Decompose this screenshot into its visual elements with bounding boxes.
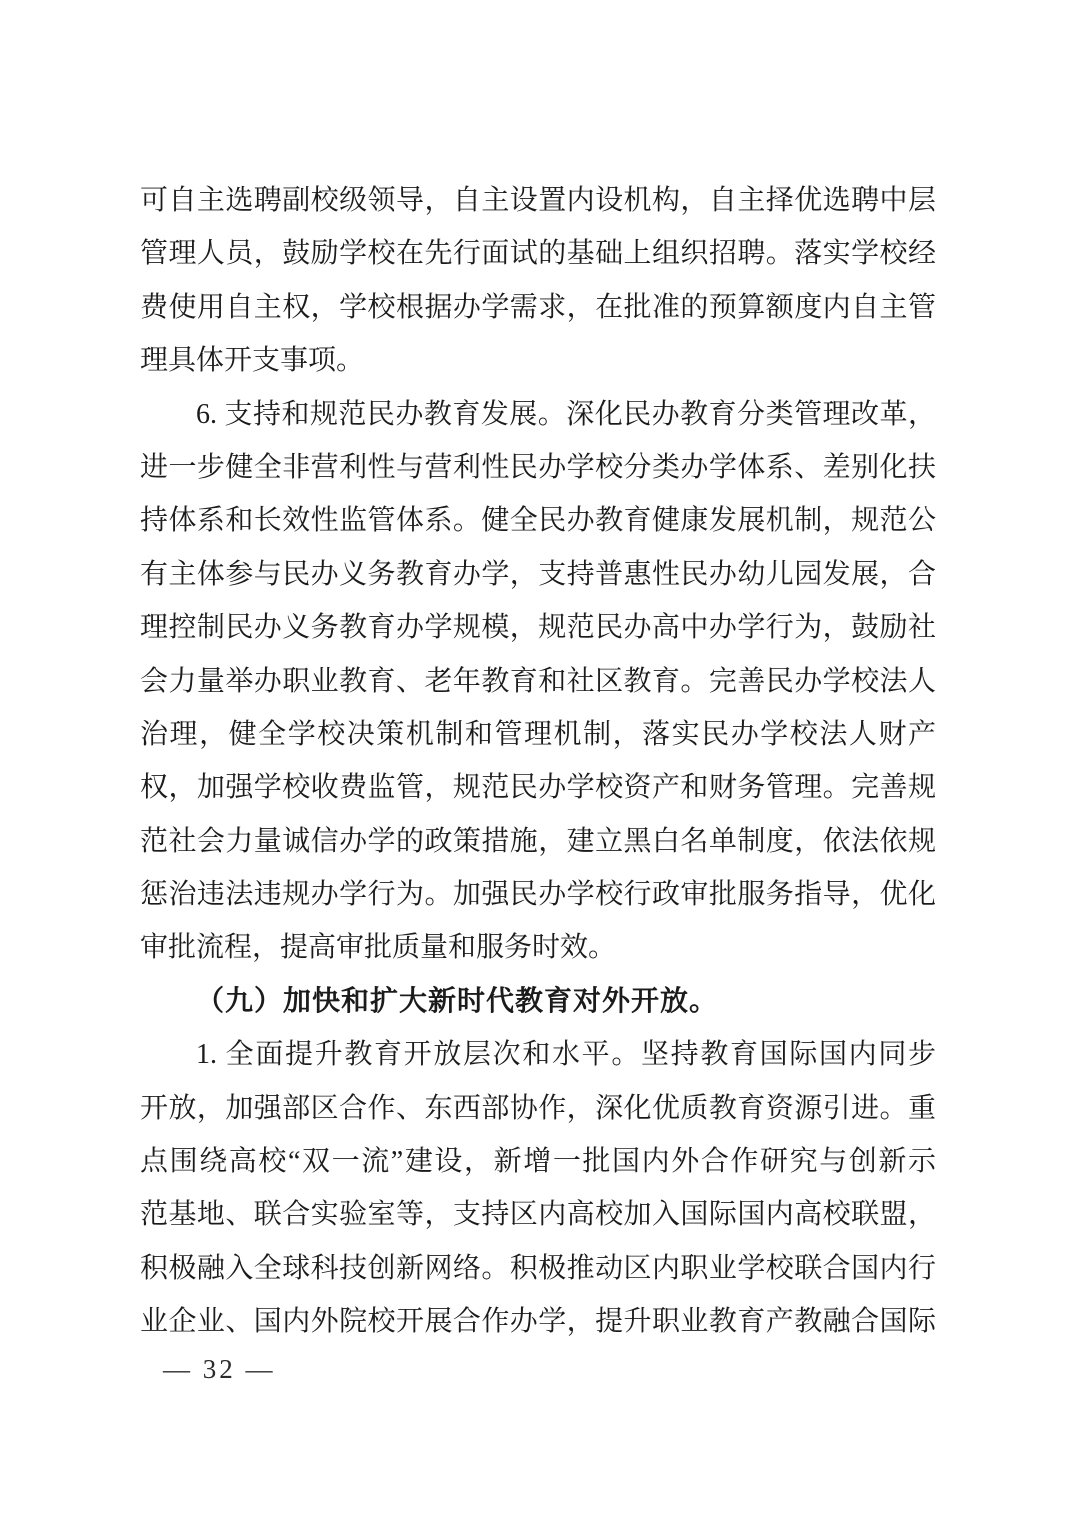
- document-page: 可自主选聘副校级领导，自主设置内设机构，自主择优选聘中层管理人员，鼓励学校在先行…: [0, 0, 1074, 1520]
- text-line: 点围绕高校“双一流”建设，新增一批国内外合作研究与创新示: [140, 1135, 936, 1188]
- text-line: 6. 支持和规范民办教育发展。深化民办教育分类管理改革，: [140, 388, 936, 441]
- text-line: 范社会力量诚信办学的政策措施，建立黑白名单制度，依法依规: [140, 815, 936, 868]
- text-line: 惩治违法违规办学行为。加强民办学校行政审批服务指导，优化: [140, 868, 936, 921]
- section-heading-line: （九）加快和扩大新时代教育对外开放。: [140, 975, 936, 1028]
- text-line: 可自主选聘副校级领导，自主设置内设机构，自主择优选聘中层: [140, 174, 936, 227]
- text-line: 开放，加强部区合作、东西部协作，深化优质教育资源引进。重: [140, 1082, 936, 1135]
- text-line: 积极融入全球科技创新网络。积极推动区内职业学校联合国内行: [140, 1242, 936, 1295]
- text-line: 业企业、国内外院校开展合作办学，提升职业教育产教融合国际: [140, 1295, 936, 1348]
- text-line: 审批流程，提高审批质量和服务时效。: [140, 921, 936, 974]
- text-line: 有主体参与民办义务教育办学，支持普惠性民办幼儿园发展，合: [140, 548, 936, 601]
- text-line: 范基地、联合实验室等，支持区内高校加入国际国内高校联盟，: [140, 1188, 936, 1241]
- text-line: 会力量举办职业教育、老年教育和社区教育。完善民办学校法人: [140, 655, 936, 708]
- text-line: 治理，健全学校决策机制和管理机制，落实民办学校法人财产: [140, 708, 936, 761]
- text-line: 权，加强学校收费监管，规范民办学校资产和财务管理。完善规: [140, 761, 936, 814]
- page-number: — 32 —: [163, 1354, 276, 1384]
- text-line: 1. 全面提升教育开放层次和水平。坚持教育国际国内同步: [140, 1028, 936, 1081]
- text-line: 管理人员，鼓励学校在先行面试的基础上组织招聘。落实学校经: [140, 227, 936, 280]
- text-line: 理控制民办义务教育办学规模，规范民办高中办学行为，鼓励社: [140, 601, 936, 654]
- page-footer: — 32 —: [163, 1349, 276, 1389]
- text-line: 理具体开支事项。: [140, 334, 936, 387]
- document-body: 可自主选聘副校级领导，自主设置内设机构，自主择优选聘中层管理人员，鼓励学校在先行…: [140, 174, 936, 1349]
- text-line: 持体系和长效性监管体系。健全民办教育健康发展机制，规范公: [140, 494, 936, 547]
- text-line: 费使用自主权，学校根据办学需求，在批准的预算额度内自主管: [140, 281, 936, 334]
- text-line: 进一步健全非营利性与营利性民办学校分类办学体系、差别化扶: [140, 441, 936, 494]
